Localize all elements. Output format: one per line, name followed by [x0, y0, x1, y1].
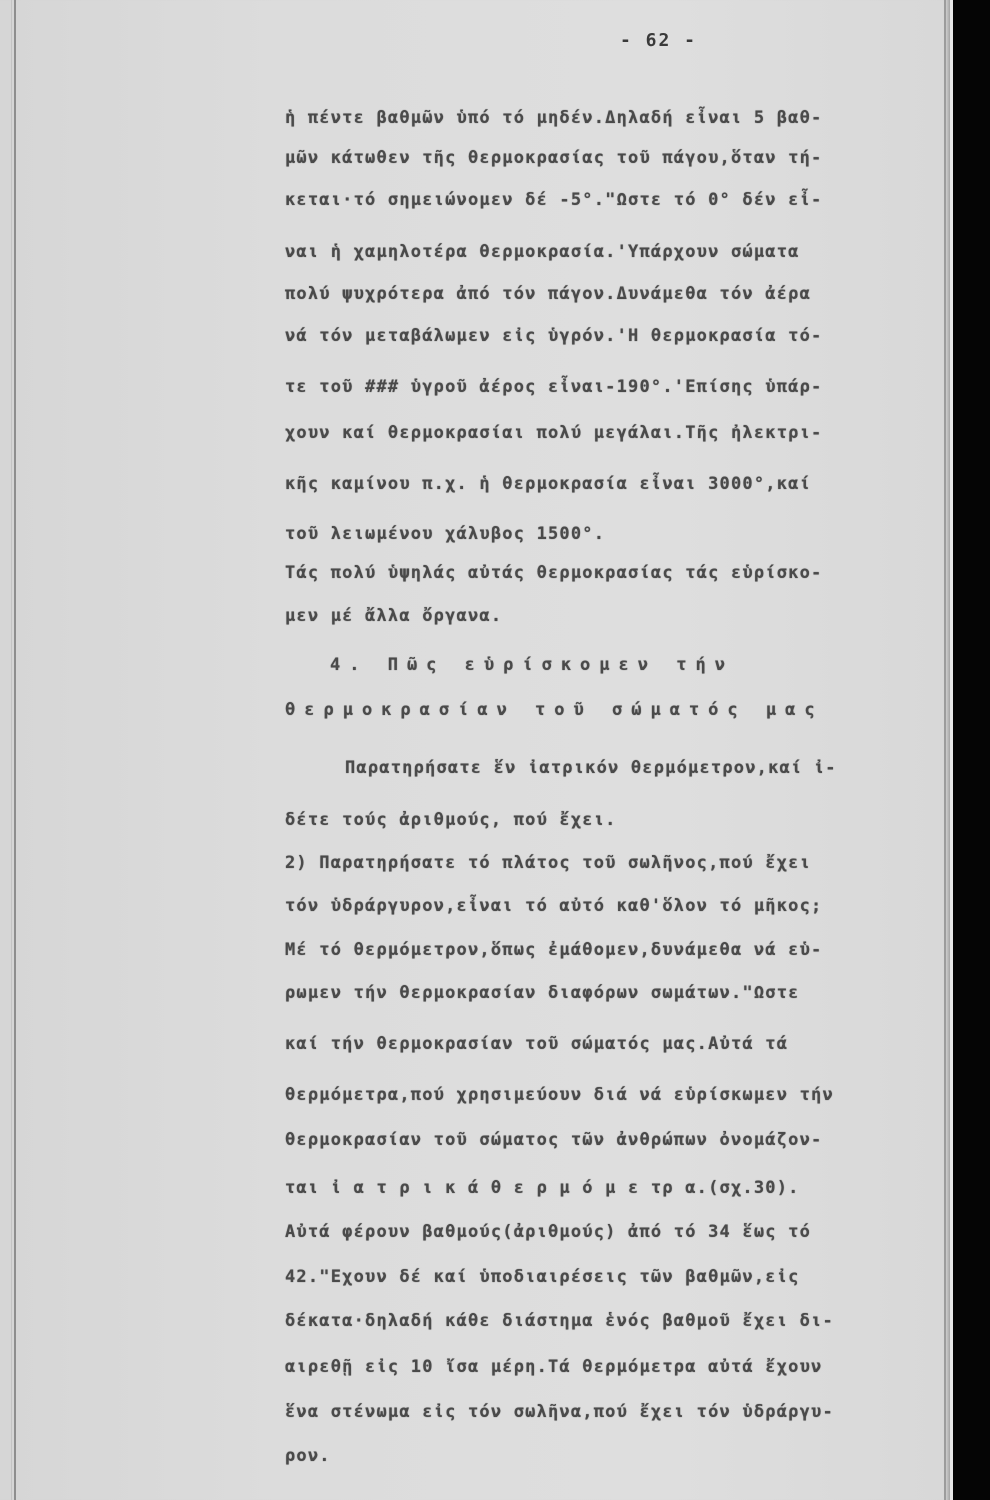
text-line: χουν καί θερμοκρασίαι πολύ μεγάλαι.Τῆς ἠ… — [285, 423, 822, 443]
text-line: τε τοῦ ### ὑγροῦ ἀέρος εἶναι-190°.'Επίση… — [285, 377, 822, 397]
text-line: καί τήν θερμοκρασίαν τοῦ σώματός μας.Αὐτ… — [285, 1034, 788, 1054]
text-line: θερμόμετρα,πού χρησιμεύουν διά νά εὑρίσκ… — [285, 1085, 834, 1105]
text-line: αιρεθῇ εἰς 10 ἴσα μέρη.Τά θερμόμετρα αὐτ… — [285, 1357, 822, 1377]
text-line: Τάς πολύ ὑψηλάς αὐτάς θερμοκρασίας τάς ε… — [285, 563, 822, 583]
text-line: ναι ἡ χαμηλοτέρα θερμοκρασία.'Υπάρχουν σ… — [285, 242, 800, 262]
text-line: κῆς καμίνου π.χ. ἡ θερμοκρασία εἶναι 300… — [285, 474, 811, 494]
text-line: ἕνα στένωμα εἰς τόν σωλῆνα,πού ἔχει τόν … — [285, 1402, 834, 1422]
text-line: πολύ ψυχρότερα ἀπό τόν πάγον.Δυνάμεθα τό… — [285, 284, 811, 304]
text-line: 2) Παρατηρήσατε τό πλάτος τοῦ σωλῆνος,πο… — [285, 853, 811, 873]
section-heading-line-1: 4. Πῶς εὑρίσκομεν τήν — [330, 655, 734, 675]
page-number: - 62 - — [620, 30, 697, 51]
text-line: ἡ πέντε βαθμῶν ὑπό τό μηδέν.Δηλαδή εἶναι… — [285, 108, 822, 128]
text-line: τοῦ λειωμένου χάλυβος 1500°. — [285, 524, 605, 544]
text-line: θερμοκρασίαν τοῦ σώματος τῶν ἀνθρώπων ὀν… — [285, 1130, 822, 1150]
text-line: ρον. — [285, 1446, 331, 1466]
text-line: κεται·τό σημειώνομεν δέ -5°."Ωστε τό 0° … — [285, 190, 822, 210]
left-binding-line — [14, 0, 16, 1500]
section-heading-line-2: θερμοκρασίαν τοῦ σώματός μας — [285, 700, 824, 720]
text-line: μῶν κάτωθεν τῆς θερμοκρασίας τοῦ πάγου,ὅ… — [285, 148, 822, 168]
left-margin-rule — [11, 0, 12, 1500]
text-line: μεν μέ ἄλλα ὄργανα. — [285, 606, 502, 626]
text-line: δέτε τούς ἀριθμούς, πού ἔχει. — [285, 810, 617, 830]
text-line: 42."Εχουν δέ καί ὑποδιαιρέσεις τῶν βαθμῶ… — [285, 1267, 800, 1287]
paper-page: - 62 - ἡ πέντε βαθμῶν ὑπό τό μηδέν.Δηλαδ… — [0, 0, 953, 1500]
text-line: Μέ τό θερμόμετρον,ὅπως ἐμάθομεν,δυνάμεθα… — [285, 940, 822, 960]
scanned-page-image: - 62 - ἡ πέντε βαθμῶν ὑπό τό μηδέν.Δηλαδ… — [0, 0, 990, 1500]
text-line: Παρατηρήσατε ἕν ἰατρικόν θερμόμετρον,καί… — [345, 758, 837, 778]
text-line: δέκατα·δηλαδή κάθε διάστημα ἑνός βαθμοῦ … — [285, 1311, 834, 1331]
text-line: ται ἰ α τ ρ ι κ ά θ ε ρ μ ό μ ε τρ α.(σχ… — [285, 1178, 800, 1198]
text-line: νά τόν μεταβάλωμεν εἰς ὑγρόν.'Η θερμοκρα… — [285, 326, 822, 346]
right-page-edge — [944, 0, 946, 1500]
text-line: ρωμεν τήν θερμοκρασίαν διαφόρων σωμάτων.… — [285, 983, 800, 1003]
text-line: τόν ὑδράργυρον,εἶναι τό αὐτό καθ'ὅλον τό… — [285, 896, 822, 916]
text-line: Αὐτά φέρουν βαθμούς(ἀριθμούς) ἀπό τό 34 … — [285, 1222, 811, 1242]
